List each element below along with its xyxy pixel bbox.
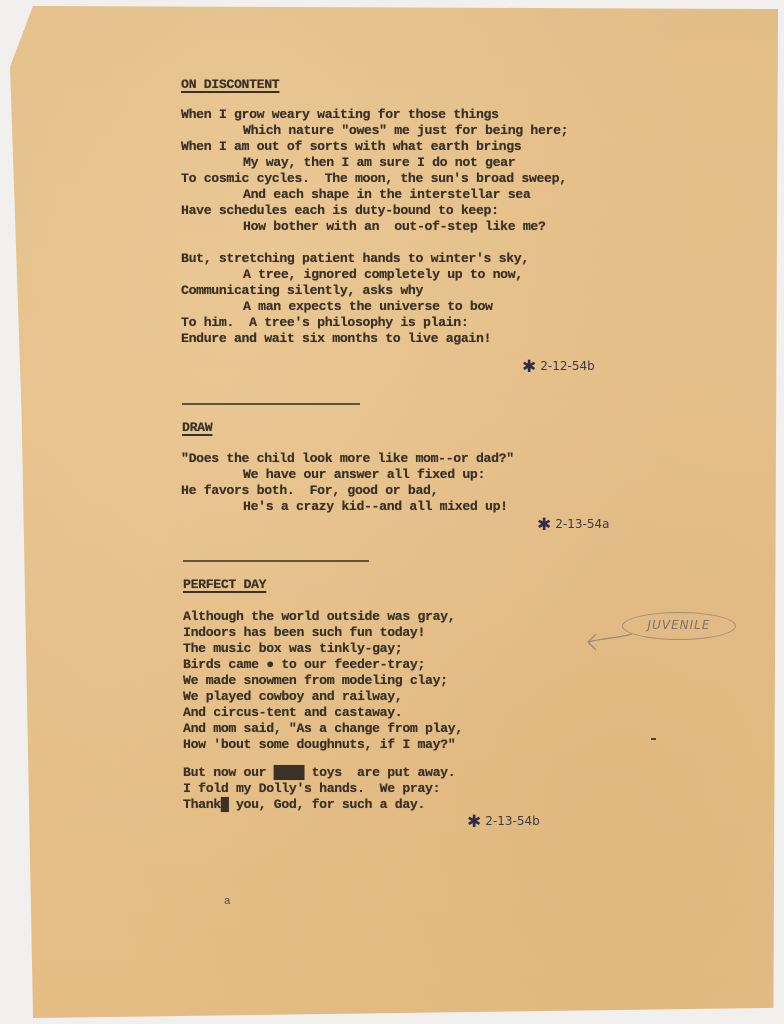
poem-draw-stanza-1: "Does the child look more like mom--or d…: [181, 451, 514, 515]
poem-line: The music box was tinkly-gay;: [183, 641, 463, 657]
pencil-annotation: JUVENILE: [622, 612, 736, 640]
date-mark-text: 2-13-54b: [485, 814, 539, 828]
poem-line: To cosmic cycles. The moon, the sun's br…: [181, 171, 568, 187]
poem-line: He's a crazy kid--and all mixed up!: [181, 499, 514, 515]
poem-on-discontent-stanza-1: When I grow weary waiting for those thin…: [181, 107, 568, 235]
date-mark-3: ✱2-13-54b: [467, 812, 540, 832]
poem-line: I fold my Dolly's hands. We pray:: [183, 781, 455, 797]
poem-line: But now our ████ toys are put away.: [183, 765, 455, 781]
poem-line: A man expects the universe to bow: [181, 299, 529, 315]
poem-line: But, stretching patient hands to winter'…: [181, 251, 529, 267]
poem-line: Endure and wait six months to live again…: [181, 331, 529, 347]
poem-on-discontent-stanza-2: But, stretching patient hands to winter'…: [181, 251, 529, 347]
poem-line: To him. A tree's philosophy is plain:: [181, 315, 529, 331]
poem-title-on-discontent: ON DISCONTENT: [181, 77, 279, 93]
asterisk-mark-icon: ✱: [537, 515, 551, 535]
asterisk-mark-icon: ✱: [467, 812, 481, 832]
poem-perfect-day-stanza-1: Although the world outside was gray,Indo…: [183, 609, 463, 753]
poem-line: How 'bout some doughnuts, if I may?": [183, 737, 463, 753]
poem-perfect-day-stanza-2: But now our ████ toys are put away.I fol…: [183, 765, 455, 813]
folded-corner: [17, 0, 41, 18]
poem-line: When I grow weary waiting for those thin…: [181, 107, 568, 123]
poem-line: Communicating silently, asks why: [181, 283, 529, 299]
asterisk-mark-icon: ✱: [522, 357, 536, 377]
poem-line: Although the world outside was gray,: [183, 609, 463, 625]
stray-mark: [651, 738, 656, 740]
section-separator: [182, 403, 360, 405]
poem-line: And each shape in the interstellar sea: [181, 187, 568, 203]
pencil-arrow-icon: [584, 628, 634, 654]
poem-line: Which nature "owes" me just for being he…: [181, 123, 568, 139]
poem-line: Have schedules each is duty-bound to kee…: [181, 203, 568, 219]
poem-line: And mom said, "As a change from play,: [183, 721, 463, 737]
poem-line: And circus-tent and castaway.: [183, 705, 463, 721]
page-mark: a: [224, 896, 231, 908]
poem-title-perfect-day: PERFECT DAY: [183, 577, 266, 593]
poem-line: Thank█ you, God, for such a day.: [183, 797, 455, 813]
poem-line: "Does the child look more like mom--or d…: [181, 451, 514, 467]
poem-line: He favors both. For, good or bad,: [181, 483, 514, 499]
poem-line: A tree, ignored completely up to now,: [181, 267, 529, 283]
date-mark-text: 2-12-54b: [540, 359, 594, 373]
poem-line: We played cowboy and railway,: [183, 689, 463, 705]
poem-line: Indoors has been such fun today!: [183, 625, 463, 641]
poem-line: We made snowmen from modeling clay;: [183, 673, 463, 689]
section-separator: [183, 560, 369, 562]
poem-line: My way, then I am sure I do not gear: [181, 155, 568, 171]
poem-title-draw: DRAW: [182, 420, 212, 436]
poem-line: We have our answer all fixed up:: [181, 467, 514, 483]
date-mark-text: 2-13-54a: [555, 517, 609, 531]
poem-line: When I am out of sorts with what earth b…: [181, 139, 568, 155]
date-mark-1: ✱2-12-54b: [522, 357, 595, 377]
poem-line: Birds came ● to our feeder-tray;: [183, 657, 463, 673]
poem-line: How bother with an out-of-step like me?: [181, 219, 568, 235]
date-mark-2: ✱2-13-54a: [537, 515, 609, 535]
